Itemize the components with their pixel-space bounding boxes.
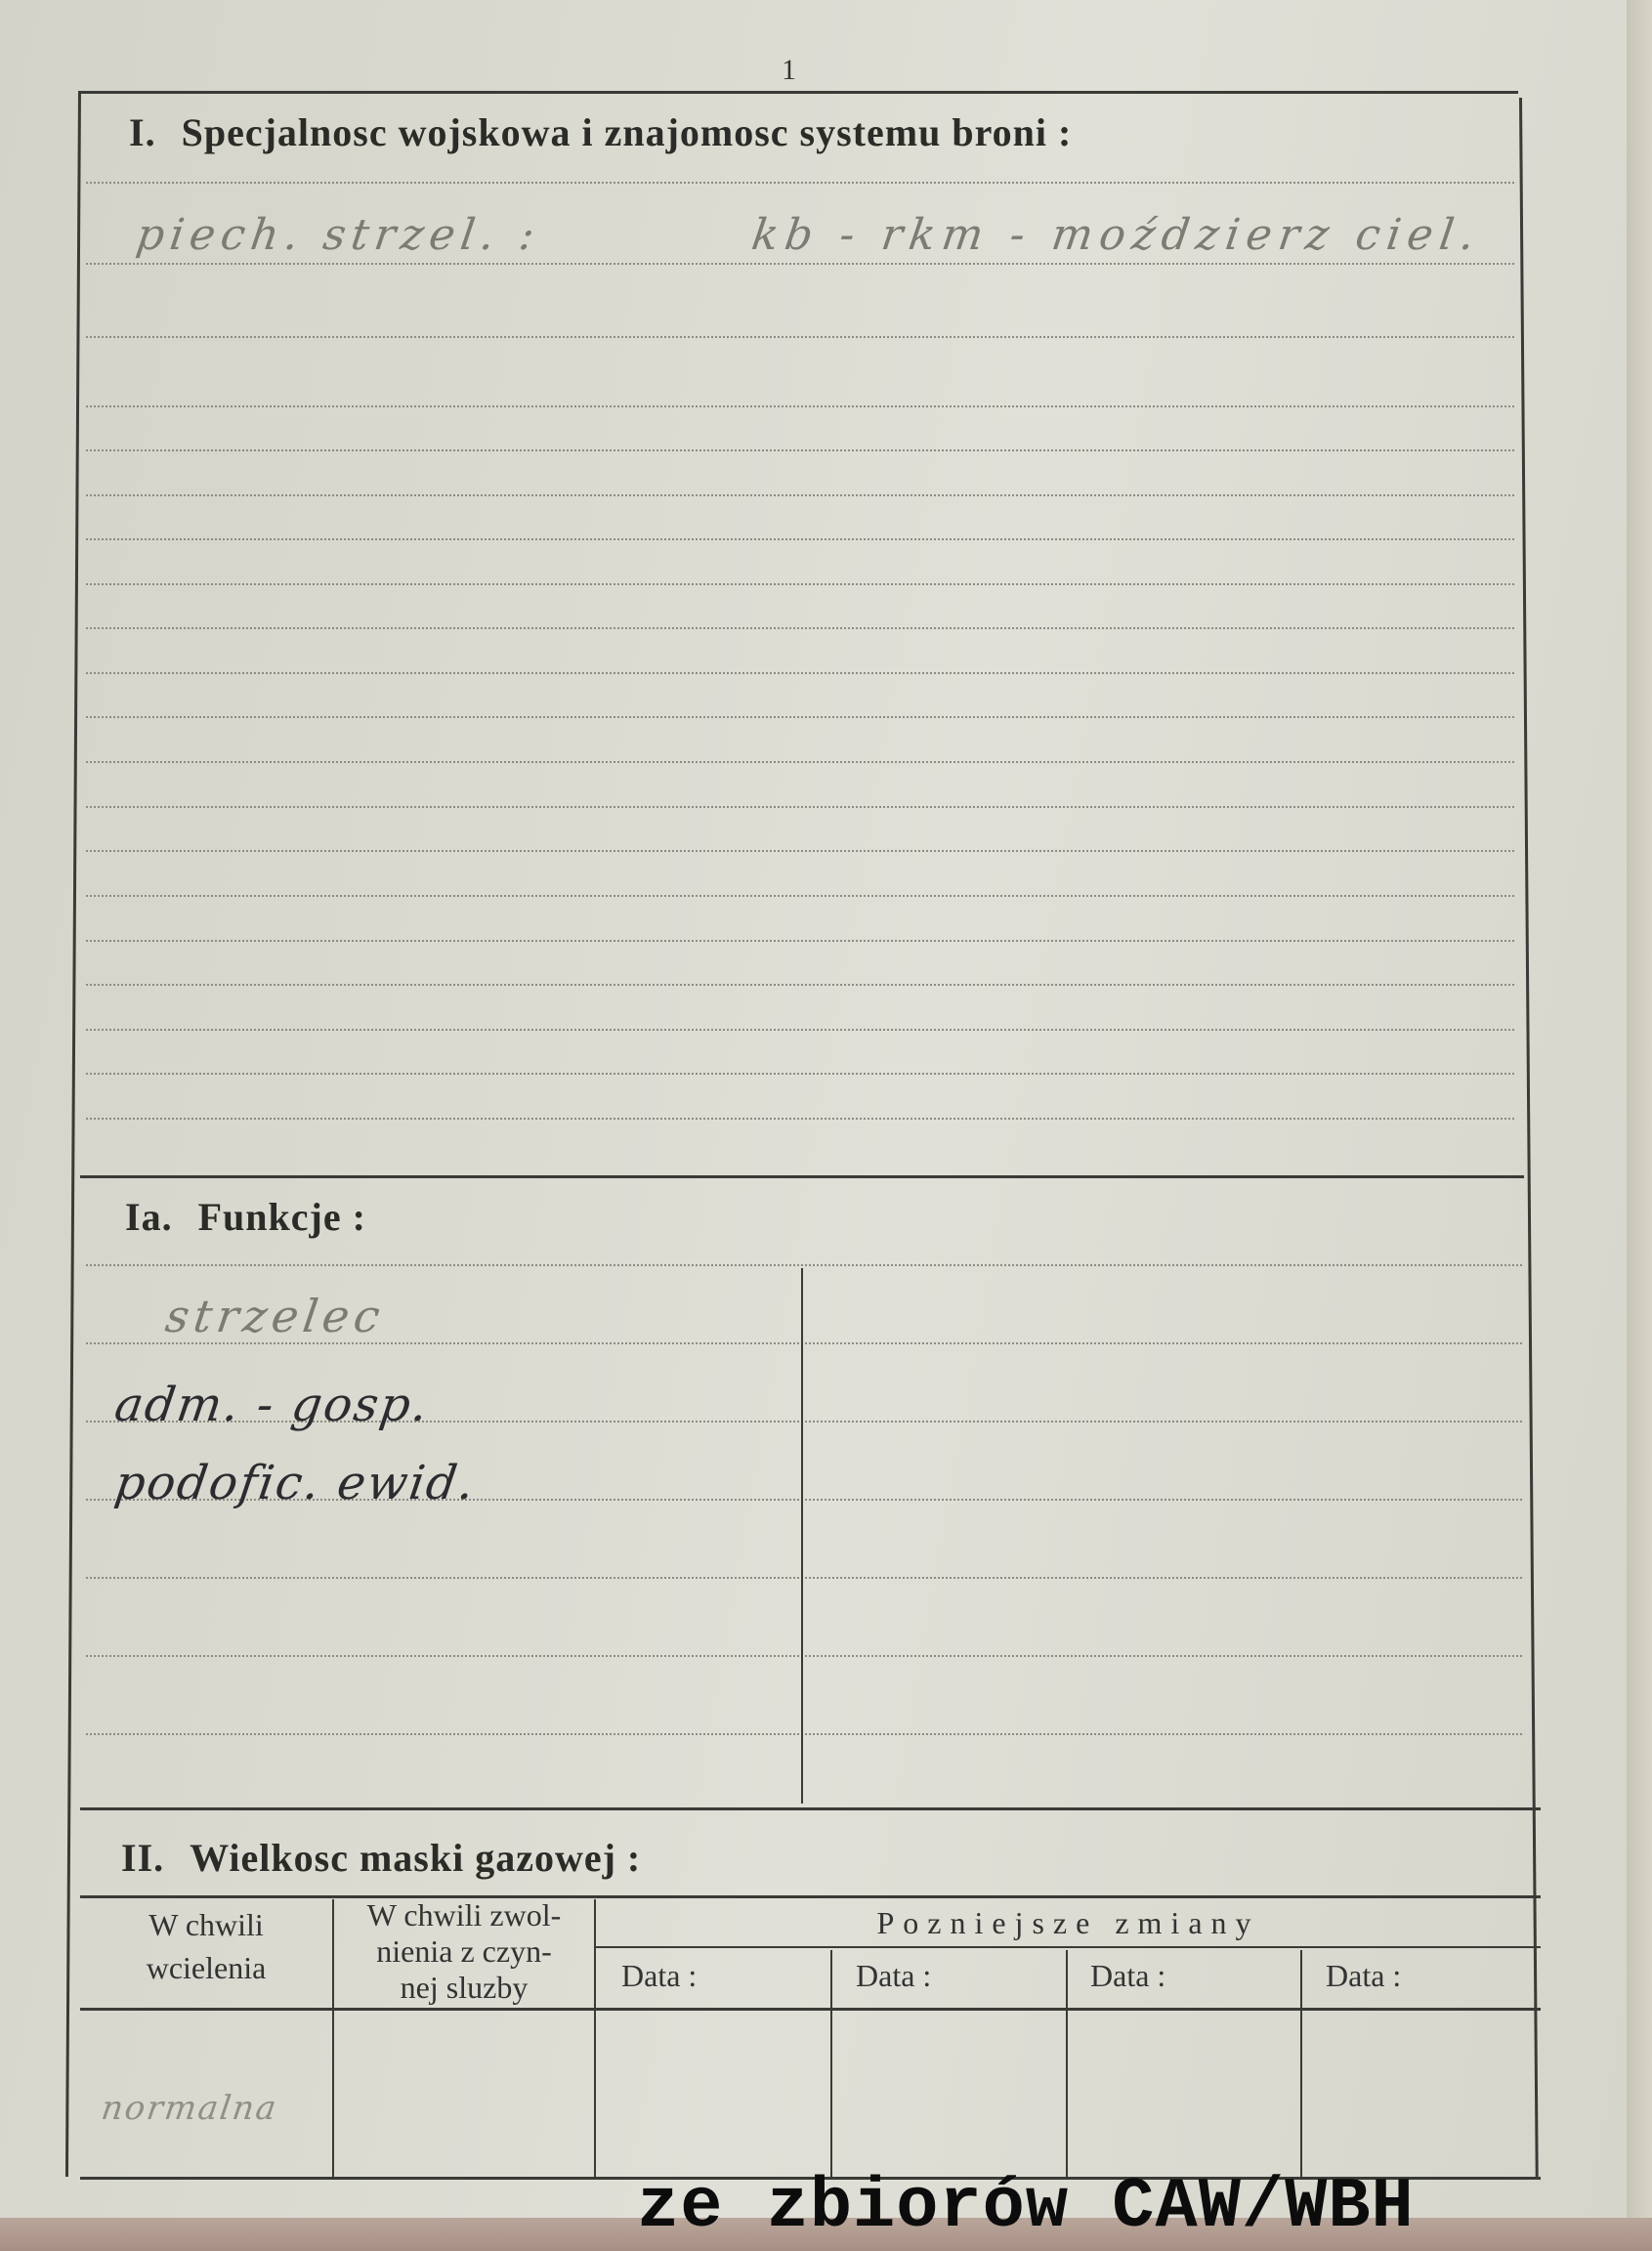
functions-column-divider xyxy=(801,1268,803,1804)
ruled-line xyxy=(86,940,1514,942)
ruled-line xyxy=(86,1118,1514,1120)
ruled-line xyxy=(86,627,1514,629)
ruled-line xyxy=(86,895,1514,897)
ruled-line xyxy=(86,1073,1514,1075)
page-number: 1 xyxy=(782,54,796,87)
section-II-title: Wielkosc maski gazowej : xyxy=(190,1836,641,1880)
section-Ia-divider xyxy=(80,1175,1524,1178)
date-label: Data : xyxy=(1326,1958,1401,1994)
archive-watermark: ze zbiorów CAW/WBH xyxy=(637,2167,1415,2247)
function-entry: strzelec xyxy=(162,1290,388,1342)
ruled-line xyxy=(86,182,1514,184)
section-Ia-title: Funkcje : xyxy=(198,1195,366,1239)
section-Ia-number: Ia. xyxy=(125,1195,173,1239)
section-II-number: II. xyxy=(121,1836,164,1880)
ruled-line xyxy=(86,405,1514,407)
table-header-bottom xyxy=(80,2008,1541,2011)
ruled-line xyxy=(86,583,1514,585)
ruled-line xyxy=(86,1342,1522,1344)
table-col-divider xyxy=(830,1950,832,2177)
ruled-line xyxy=(86,806,1514,808)
ruled-line xyxy=(86,494,1514,496)
section-II-heading: II.Wielkosc maski gazowej : xyxy=(121,1835,641,1881)
function-entry: adm. - gosp. xyxy=(111,1378,433,1432)
gas-mask-size-at-enlistment: normalna xyxy=(99,2089,280,2128)
frame-top-border xyxy=(80,91,1518,94)
handwritten-specialty: piech. strzel. : xyxy=(133,210,543,260)
ruled-line xyxy=(86,672,1514,674)
section-I-title: Specjalnosc wojskowa i znajomosc systemu… xyxy=(182,110,1073,154)
section-I-number: I. xyxy=(129,110,156,154)
section-Ia-heading: Ia.Funkcje : xyxy=(125,1194,366,1240)
date-label: Data : xyxy=(856,1958,931,1994)
ruled-line xyxy=(86,1264,1522,1266)
header-discharge: W chwili zwol- nienia z czyn- nej sluzby xyxy=(336,1897,592,2006)
table-col-divider xyxy=(594,1899,596,2177)
ruled-line xyxy=(86,850,1514,852)
page-edge-right xyxy=(1627,0,1652,2251)
ruled-line xyxy=(86,716,1514,718)
function-entry: podofic. ewid. xyxy=(111,1456,479,1510)
ruled-line xyxy=(86,336,1514,338)
ruled-line xyxy=(86,538,1514,540)
handwritten-weapons: kb - rkm - moździerz ciel. xyxy=(748,210,1484,260)
ruled-line xyxy=(86,761,1514,763)
section-I-heading: I.Specjalnosc wojskowa i znajomosc syste… xyxy=(129,109,1072,155)
ruled-line xyxy=(86,263,1514,265)
header-enlistment: W chwili wcielenia xyxy=(82,1905,330,1987)
date-label: Data : xyxy=(1090,1958,1165,1994)
ruled-line xyxy=(86,1655,1522,1657)
header-later-changes: Pozniejsze zmiany xyxy=(598,1903,1539,1942)
ruled-line xyxy=(86,984,1514,986)
document-page xyxy=(0,0,1627,2218)
table-col-divider xyxy=(1300,1950,1302,2177)
ruled-line xyxy=(86,1029,1514,1031)
table-col-divider xyxy=(332,1899,334,2177)
table-top-border xyxy=(80,1895,1541,1898)
section-II-divider xyxy=(80,1807,1541,1810)
ruled-line xyxy=(86,449,1514,451)
date-label: Data : xyxy=(621,1958,697,1994)
ruled-line xyxy=(86,1577,1522,1579)
table-col-divider xyxy=(1066,1950,1068,2177)
ruled-line xyxy=(86,1733,1522,1735)
later-changes-underline xyxy=(596,1946,1541,1948)
